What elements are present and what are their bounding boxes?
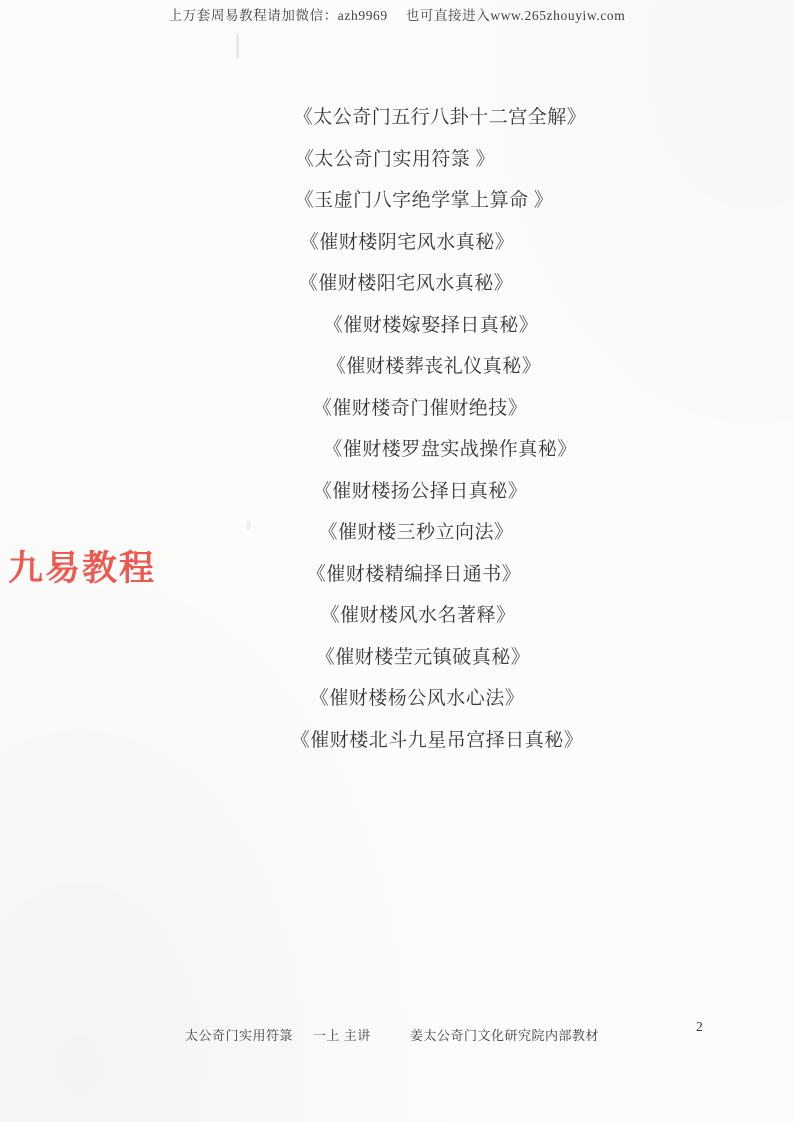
book-title-line: 《催财楼罗盘实战操作真秘》 — [81, 429, 794, 471]
book-title-line: 《催财楼茔元镇破真秘》 — [54, 637, 792, 679]
book-title-line: 《太公奇门实用符箓 》 — [26, 139, 764, 181]
book-title-line: 《催财楼扬公择日真秘》 — [51, 471, 789, 513]
footer-lecturer: 一上 主讲 — [313, 1025, 371, 1044]
book-title-list: 《太公奇门五行八卦十二宫全解》 《太公奇门实用符箓 》 《玉虚门八字绝学掌上算命… — [56, 97, 794, 761]
page-number: 2 — [696, 1019, 703, 1035]
book-title-line: 《催财楼阴宅风水真秘》 — [38, 222, 776, 264]
book-title-line: 《催财楼三秒立向法》 — [47, 512, 785, 554]
header-note: 上万套周易教程请加微信：azh9969也可直接进入www.265zhouyiw.… — [0, 4, 794, 24]
header-note-right: 也可直接进入www.265zhouyiw.com — [406, 8, 626, 23]
book-title-line: 《催财楼杨公风水心法》 — [48, 678, 786, 720]
book-title-line: 《催财楼奇门催财绝技》 — [51, 388, 789, 430]
document-page: 上万套周易教程请加微信：azh9969也可直接进入www.265zhouyiw.… — [0, 0, 794, 1122]
book-title-line: 《玉虚门八字绝学掌上算命 》 — [55, 180, 793, 222]
watermark-jiuyi-jiaocheng: 九易教程 — [8, 541, 156, 591]
header-note-left: 上万套周易教程请加微信：azh9969 — [169, 8, 388, 23]
footer-institution: 姜太公奇门文化研究院内部教材 — [410, 1025, 599, 1044]
book-title-line: 《催财楼葬丧礼仪真秘》 — [65, 346, 794, 388]
footer-book-title: 太公奇门实用符箓 — [185, 1025, 293, 1044]
book-title-line: 《催财楼阳宅风水真秘》 — [37, 263, 775, 305]
scan-smudge — [236, 33, 239, 59]
book-title-line: 《催财楼风水名著释》 — [49, 595, 787, 637]
book-title-line: 《太公奇门五行八卦十二宫全解》 — [71, 97, 794, 139]
book-title-line: 《催财楼嫁娶择日真秘》 — [62, 305, 794, 347]
book-title-line: 《催财楼北斗九星吊宫择日真秘》 — [68, 720, 794, 762]
